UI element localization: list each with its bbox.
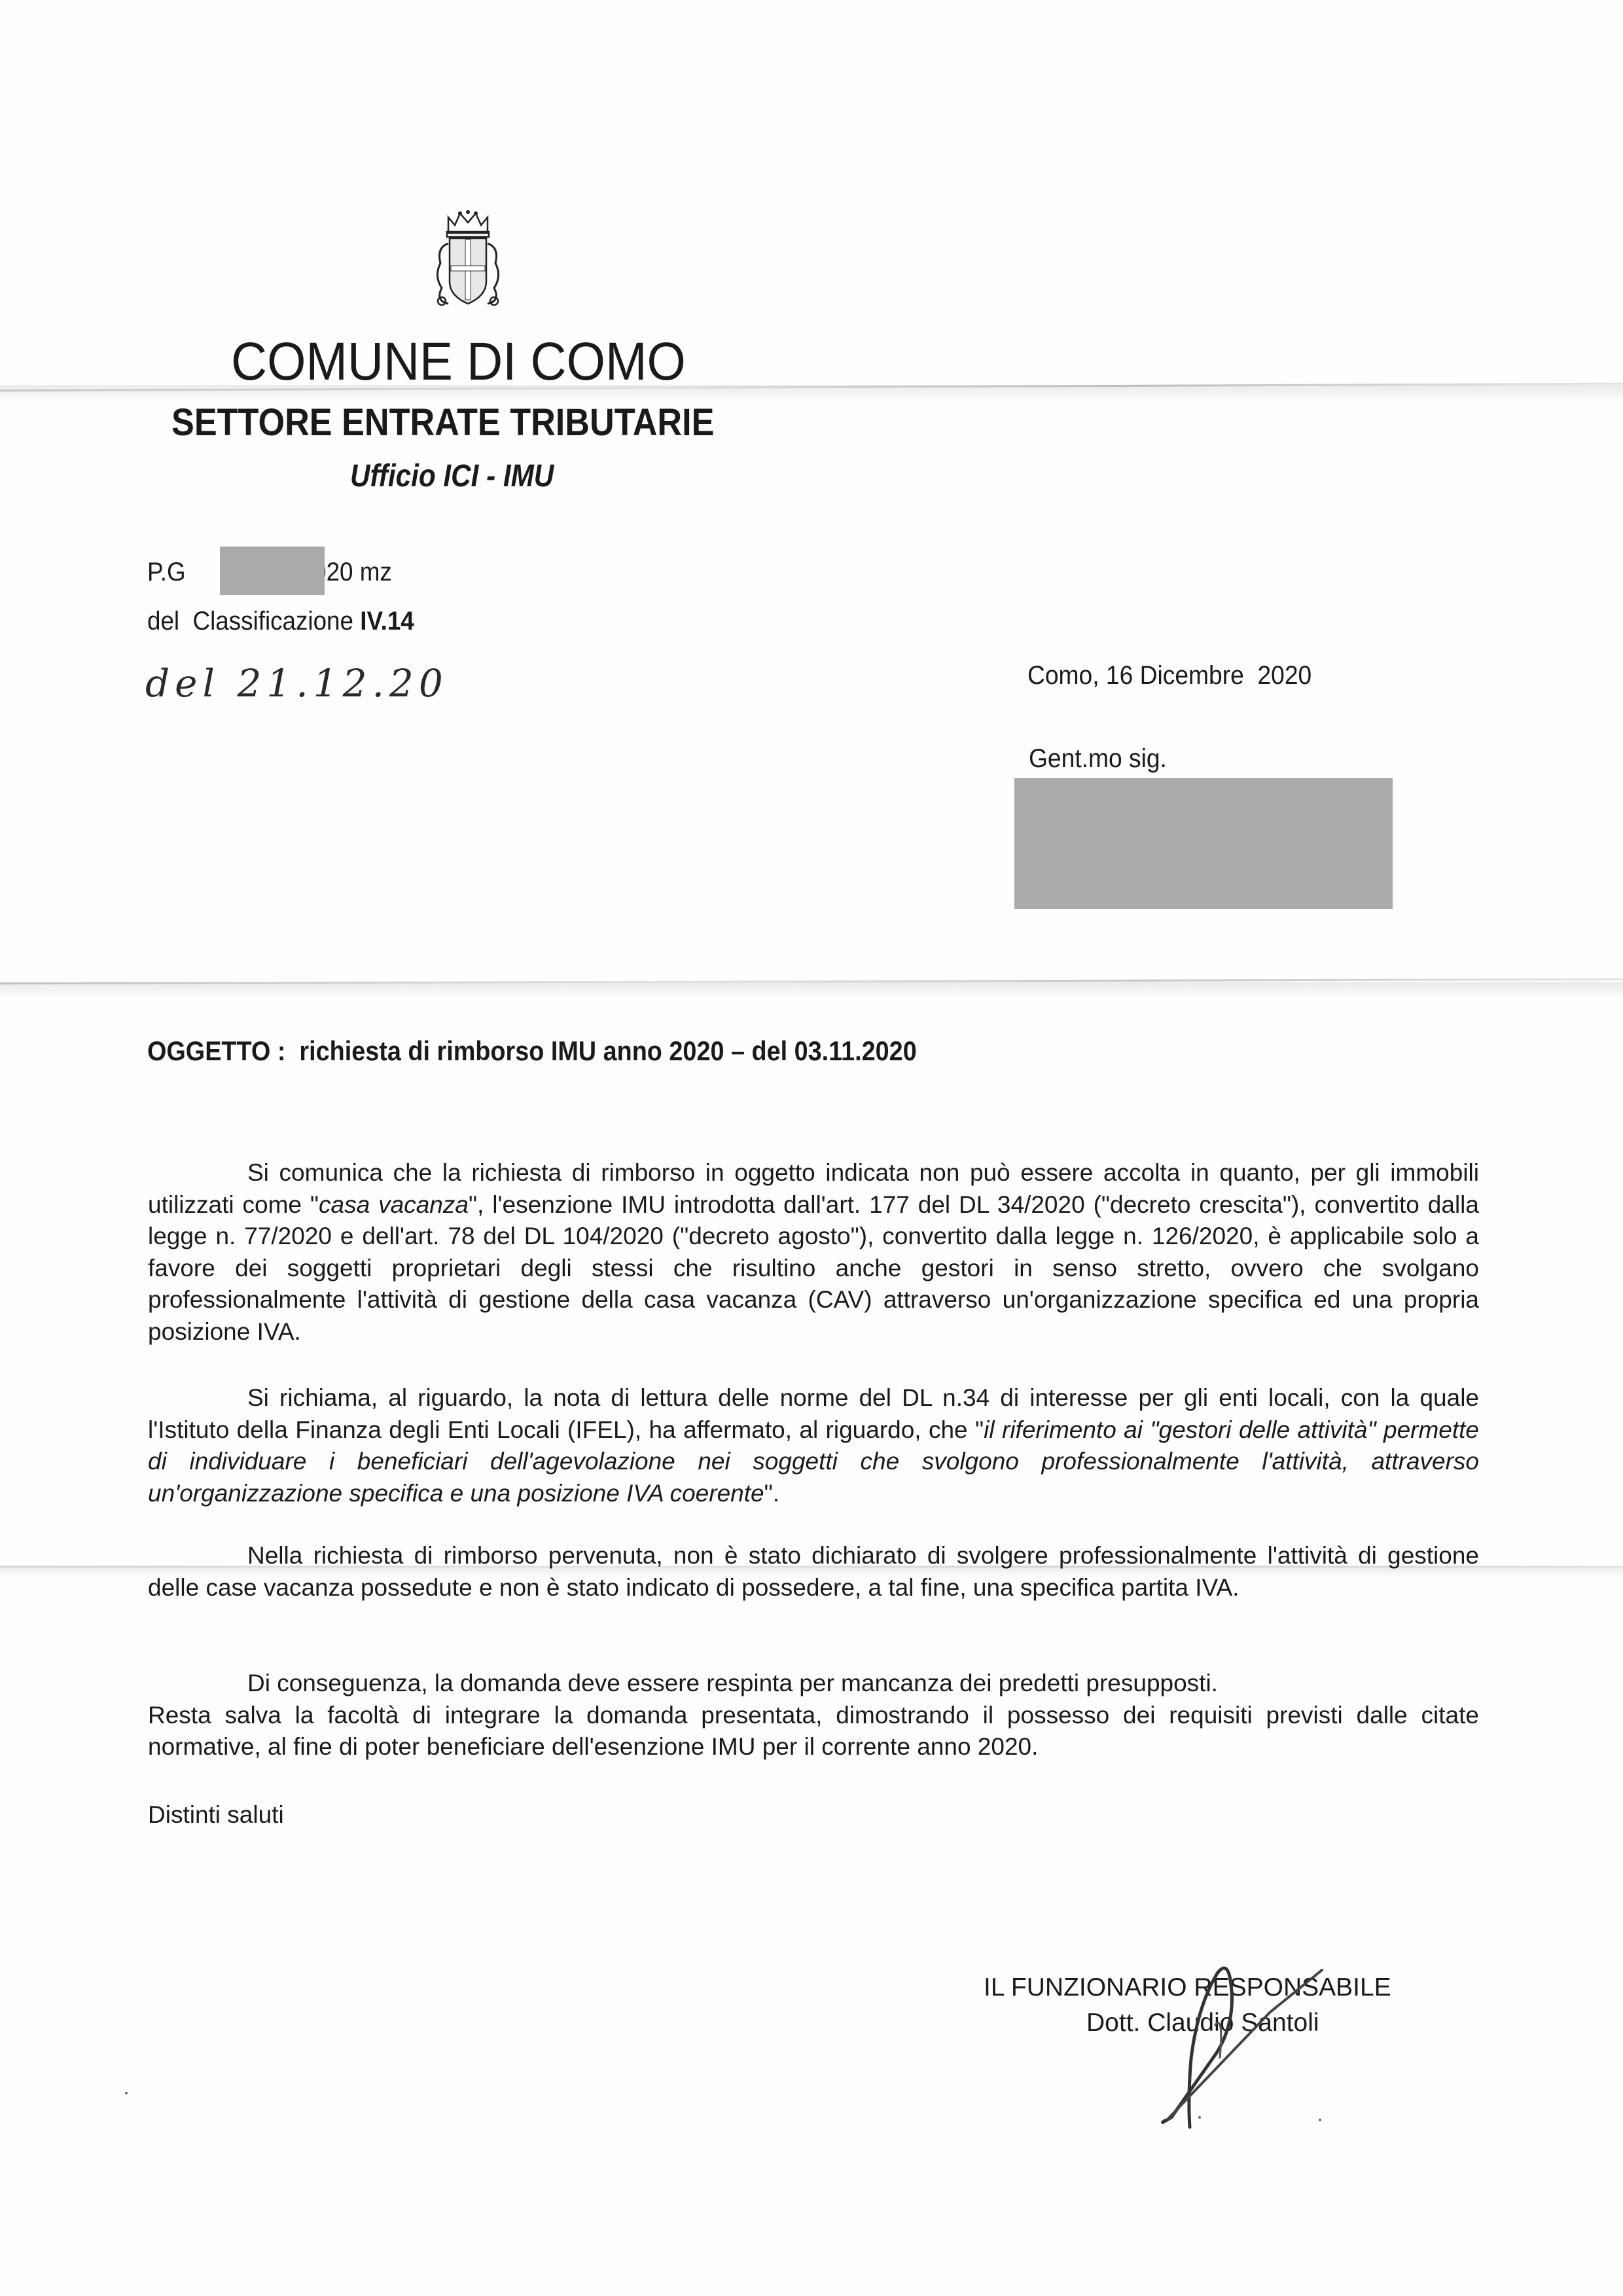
- redacted-recipient-address: [1014, 778, 1393, 909]
- p4-text: Di conseguenza, la domanda deve essere r…: [148, 1668, 1479, 1700]
- recipient-salutation: Gent.mo sig.: [1029, 744, 1167, 774]
- scan-speck: [1198, 2116, 1201, 2119]
- classification-label: del Classificazione: [147, 607, 360, 636]
- handwritten-signature-icon: [1152, 1954, 1348, 2130]
- body-paragraph-1: Si comunica che la richiesta di rimborso…: [148, 1157, 1479, 1348]
- department-name: SETTORE ENTRATE TRIBUTARIE: [171, 401, 714, 444]
- closing-salutation: Distinti saluti: [148, 1801, 284, 1829]
- scan-speck: [1319, 2119, 1321, 2121]
- protocol-prefix: P.G: [147, 558, 186, 586]
- classification: del Classificazione IV.14: [147, 607, 414, 636]
- municipality-title: COMUNE DI COMO: [231, 331, 686, 393]
- redacted-protocol-number: [220, 547, 325, 595]
- p1-italic: casa vacanza: [319, 1191, 469, 1218]
- body-paragraph-2: Si richiama, al riguardo, la nota di let…: [148, 1382, 1479, 1509]
- handwritten-date: del 21.12.20: [145, 661, 448, 706]
- coat-of-arms-crest-icon: [422, 208, 514, 312]
- scan-speck: [125, 2092, 128, 2094]
- p2-text-b: ".: [764, 1480, 779, 1507]
- p5-text: Resta salva la facoltà di integrare la d…: [148, 1700, 1479, 1763]
- body-paragraph-4: Di conseguenza, la domanda deve essere r…: [148, 1668, 1479, 1763]
- p3-text: Nella richiesta di rimborso pervenuta, n…: [148, 1540, 1479, 1604]
- fold-shadow-middle: [0, 982, 1623, 999]
- office-name: Ufficio ICI - IMU: [350, 458, 554, 494]
- classification-value: IV.14: [360, 607, 414, 636]
- body-paragraph-3: Nella richiesta di rimborso pervenuta, n…: [148, 1540, 1479, 1604]
- subject-line: OGGETTO : richiesta di rimborso IMU anno…: [147, 1035, 917, 1067]
- letter-page: COMUNE DI COMO SETTORE ENTRATE TRIBUTARI…: [0, 0, 1623, 2296]
- place-and-date: Como, 16 Dicembre 2020: [1027, 661, 1311, 691]
